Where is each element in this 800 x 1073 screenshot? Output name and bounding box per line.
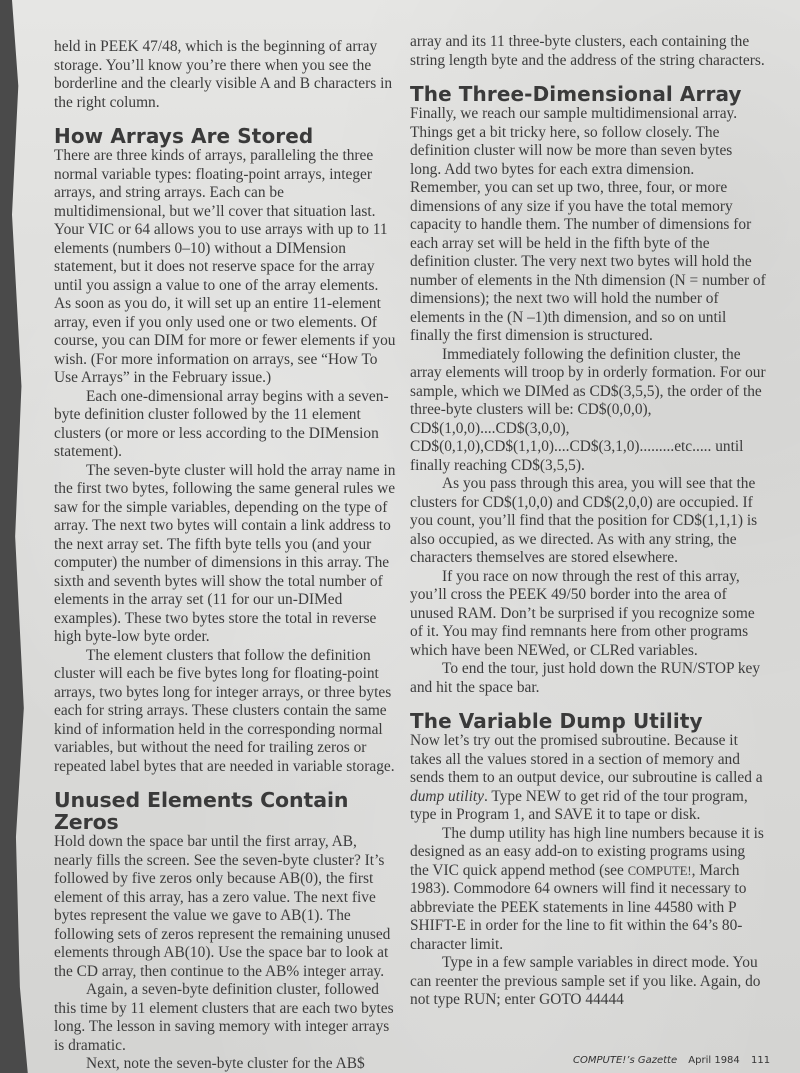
paragraph: The element clusters that follow the def… xyxy=(54,647,398,777)
paragraph: Immediately following the definition clu… xyxy=(410,346,766,476)
paragraph: The seven-byte cluster will hold the arr… xyxy=(54,462,398,647)
paragraph: Now let’s try out the promised subroutin… xyxy=(410,732,766,825)
issue-date: April 1984 xyxy=(688,1055,739,1066)
heading-three-dimensional-array: The Three-Dimensional Array xyxy=(410,83,766,105)
left-column: held in PEEK 47/48, which is the beginni… xyxy=(54,38,398,1073)
paragraph: As you pass through this area, you will … xyxy=(410,475,766,568)
paragraph: Again, a seven-byte definition cluster, … xyxy=(54,981,398,1055)
paragraph: Next, note the seven-byte cluster for th… xyxy=(54,1055,398,1073)
magazine-name: COMPUTE!’s Gazette xyxy=(573,1055,677,1066)
heading-how-arrays-are-stored: How Arrays Are Stored xyxy=(54,125,398,147)
paragraph: There are three kinds of arrays, paralle… xyxy=(54,147,398,388)
paragraph: Finally, we reach our sample multidimens… xyxy=(410,105,766,346)
paragraph: To end the tour, just hold down the RUN/… xyxy=(410,660,766,697)
paragraph: The dump utility has high line numbers b… xyxy=(410,825,766,955)
heading-variable-dump-utility: The Variable Dump Utility xyxy=(410,710,766,732)
paragraph: held in PEEK 47/48, which is the beginni… xyxy=(54,38,398,112)
heading-unused-elements: Unused Elements Contain Zeros xyxy=(54,789,398,833)
paragraph: Type in a few sample variables in direct… xyxy=(410,954,766,1010)
paragraph: Hold down the space bar until the first … xyxy=(54,833,398,981)
magazine-reference: COMPUTE! xyxy=(628,864,692,878)
paragraph: Each one-dimensional array begins with a… xyxy=(54,388,398,462)
page-number: 111 xyxy=(751,1055,770,1066)
emphasis-dump-utility: dump utility xyxy=(410,788,484,805)
paragraph: If you race on now through the rest of t… xyxy=(410,568,766,661)
text-run: Now let’s try out the promised subroutin… xyxy=(410,732,763,786)
right-column: array and its 11 three-byte clusters, ea… xyxy=(410,33,766,1010)
paragraph: array and its 11 three-byte clusters, ea… xyxy=(410,33,766,70)
page-footer: COMPUTE!’s Gazette April 1984 111 xyxy=(573,1055,778,1066)
